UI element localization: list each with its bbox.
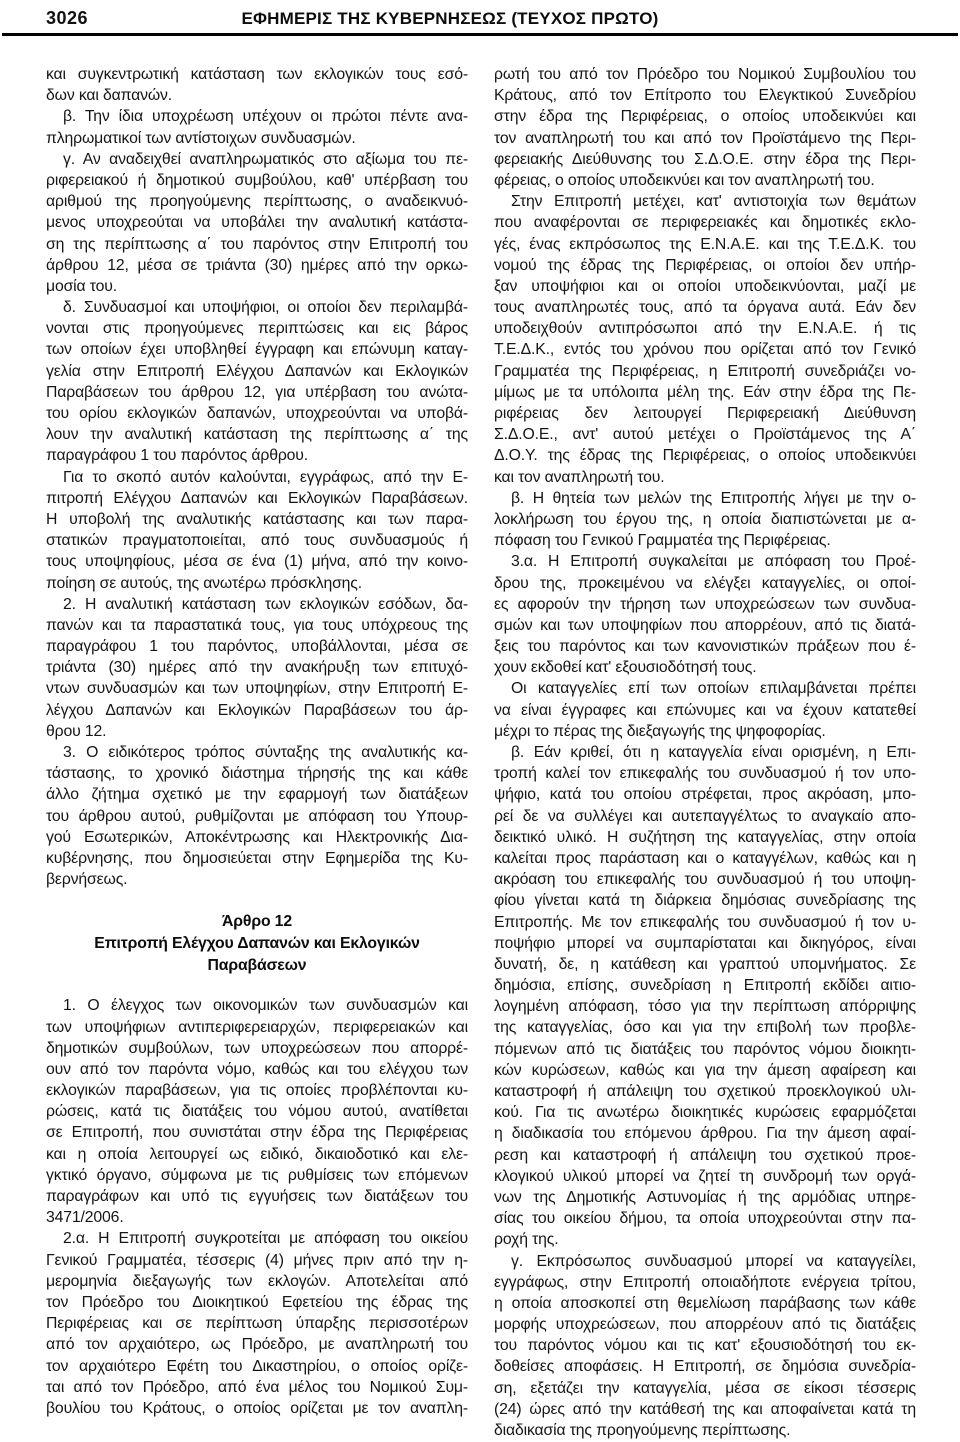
text-line: παραγράφου 1 του παρόντος, υποβάλλονται,… [46,636,468,657]
text-line: ξαν υποψήφιοι και οι οποίοι υποδεικνύοντ… [494,276,916,297]
text-line: λέγχου Δαπανών και Εκλογικών Παραβάσεων … [46,700,468,721]
text-line: η διαδικασία του επόμενου άρθρου. Για τη… [494,1123,916,1144]
heading-line: Επιτροπή Ελέγχου Δαπανών και Εκλογικών [46,933,468,955]
text-line: της καταγγελίας, όσο και για την επιβολή… [494,1017,916,1038]
text-line: δημόσια, επίσης, συνεδρίαση η Επιτροπή ε… [494,975,916,996]
text-line: 2. Η αναλυτική κατάσταση των εκλογικών ε… [46,594,468,615]
text-line: γελία στην Επιτροπή Ελέγχου Δαπανών και … [46,361,468,382]
text-line: β. Την ίδια υποχρέωση υπέχουν οι πρώτοι … [46,106,468,127]
text-line: δ. Συνδυασμοί και υποψήφιοι, οι οποίοι δ… [46,297,468,318]
text-line: Σ.Δ.Ο.Ε., αντ' αυτού μετέχει ο Προϊστάμε… [494,424,916,445]
text-line: ση της περίπτωσης α΄ του παρόντος στην Ε… [46,234,468,255]
text-line: εκλογικών παραβάσεων, για τις οποίες προ… [46,1080,468,1101]
text-line: ουν από τον παρόντα νόμο, καθώς και του … [46,1059,468,1080]
text-line: σμών και των υποψηφίων που απορρέουν, απ… [494,615,916,636]
text-line: στατικών πραγματοποιείται, από τους συνδ… [46,530,468,551]
text-line: γκτικό όργανο, σύμφωνα με τις ρυθμίσεις … [46,1165,468,1186]
text-line: τον αρχαιότερο Εφέτη του Δικαστηρίου, ο … [46,1356,468,1377]
text-line: τον Πρόεδρο του Διοικητικού Εφετείου της… [46,1292,468,1313]
text-line: εγγράφως, στην Επιτροπή οποιαδήποτε ενέρ… [494,1272,916,1293]
paragraph: β. Εάν κριθεί, ότι η καταγγελία είναι ορ… [494,742,916,1251]
text-line: του ορίου εκλογικών δαπανών, υποχρεούντα… [46,403,468,424]
paragraph: γ. Αν αναδειχθεί αναπληρωματικός στο αξί… [46,149,468,297]
text-line: πανών και τα παραστατικά τους, για τους … [46,615,468,636]
text-line: νονται στις προηγούμενες περιπτώσεις και… [46,318,468,339]
text-line: ρώσεις, κατά τις διατάξεις του νόμου αυτ… [46,1101,468,1122]
text-line: σίας του οικείου δήμου, τα οποία υποχρεο… [494,1208,916,1229]
text-line: και η οποία λειτουργεί ως ειδικό, δικαιο… [46,1144,468,1165]
paragraph: β. Την ίδια υποχρέωση υπέχουν οι πρώτοι … [46,106,468,148]
text-line: του παρόντος νόμου και τις κατ' εξουσιοδ… [494,1335,916,1356]
text-line: και συγκεντρωτική κατάσταση των εκλογικώ… [46,64,468,85]
text-line: μερομηνία διεξαγωγής των εκλογών. Αποτελ… [46,1271,468,1292]
text-line: κού. Για τις ανωτέρω διοικητικές κυρώσει… [494,1102,916,1123]
text-line: των υποψήφιων αντιπεριφερειαρχών, περιφε… [46,1017,468,1038]
text-line: 1. Ο έλεγχος των οικονομικών των συνδυασ… [46,995,468,1016]
text-line: νων της Δημοτικής Αστυνομίας ή της αρμόδ… [494,1187,916,1208]
gazette-title: ΕΦΗΜΕΡΙΣ ΤΗΣ ΚΥΒΕΡΝΗΣΕΩΣ (ΤΕΥΧΟΣ ΠΡΩΤΟ) [0,9,900,29]
text-line: δων και δαπανών. [46,85,468,106]
text-line: τον αναπληρωτή του και από τον Προϊστάμε… [494,128,916,149]
text-line: μενος υποχρεούται να υποβάλει την αναλυτ… [46,212,468,233]
text-line: μέχρι το πέρας της διεξαγωγής της ψηφοφο… [494,721,916,742]
text-line: λογημένη απόφαση, τόσο για την περίπτωση… [494,996,916,1017]
text-columns: και συγκεντρωτική κατάσταση των εκλογικώ… [46,64,916,1441]
text-line: ση, εξετάζει την καταγγελία, μέσα σε είκ… [494,1378,916,1399]
heading-line: Άρθρο 12 [46,911,468,933]
text-line: Παραβάσεων του άρθρου 12, για υπέρβαση τ… [46,382,468,403]
paragraph: ρωτή του από τον Πρόεδρο του Νομικού Συμ… [494,64,916,191]
paragraph: δ. Συνδυασμοί και υποψήφιοι, οι οποίοι δ… [46,297,468,467]
text-line: λουν την αναλυτική κατάσταση της περίπτω… [46,424,468,445]
text-line: ξεις του παρόντος και των κανονιστικών π… [494,636,916,657]
text-line: από τον αρχαιότερο, ως Πρόεδρο, με αναπλ… [46,1334,468,1355]
paragraph: Στην Επιτροπή μετέχει, κατ' αντιστοιχία … [494,191,916,488]
text-line: η οποία αποσκοπεί στη θεμελίωση παράβαση… [494,1293,916,1314]
header-rule [2,33,958,36]
text-line: θρου 12. [46,721,468,742]
text-line: Οι καταγγελίες επί των οποίων επιλαμβάνε… [494,678,916,699]
paragraph: β. Η θητεία των μελών της Επιτροπής λήγε… [494,488,916,552]
text-line: γ. Αν αναδειχθεί αναπληρωματικός στο αξί… [46,149,468,170]
text-line: κυβέρνησης, που δημοσιεύεται στην Εφημερ… [46,848,468,869]
text-line: μίμως με τα υπόλοιπα μέλη της. Εάν στην … [494,382,916,403]
text-line: αριθμού της προηγούμενης περίπτωσης, ο α… [46,191,468,212]
text-line: ρεση και καταστροφή ή απάλειψη του σχετι… [494,1145,916,1166]
article-heading: Άρθρο 12Επιτροπή Ελέγχου Δαπανών και Εκλ… [46,911,468,977]
text-line: ται από τον Πρόεδρο, από ένα μέλος του Ν… [46,1377,468,1398]
text-line: παραγράφου 1 του παρόντος άρθρου. [46,445,468,466]
text-line: τους αναπληρωτές τους, από τα όργανα αυτ… [494,297,916,318]
text-line: μορφής υποχρεώσεων, που απορρέουν από τι… [494,1314,916,1335]
paragraph: και συγκεντρωτική κατάσταση των εκλογικώ… [46,64,468,106]
text-line: υποδειχθούν αντιπρόσωποι από την Ε.Ν.Α.Ε… [494,318,916,339]
text-line: 2.α. Η Επιτροπή συγκροτείται με απόφαση … [46,1228,468,1249]
text-line: των οποίων έχει υποβληθεί έγγραφη και επ… [46,339,468,360]
text-line: Δ.Ο.Υ. της έδρας της Περιφέρειας, ο οποί… [494,445,916,466]
text-line: φερειακής Διεύθυνσης του Σ.Δ.Ο.Ε. στην έ… [494,149,916,170]
text-line: 3.α. Η Επιτροπή συγκαλείται με απόφαση τ… [494,551,916,572]
text-line: και τον αναπληρωτή του. [494,467,916,488]
text-line: βερνήσεως. [46,869,468,890]
text-line: ριφερειακού ή δημοτικού συμβούλου, καθ' … [46,170,468,191]
text-line: πόμενων από τις διατάξεις του παρόντος ν… [494,1039,916,1060]
text-line: παραγράφων και υπό τις εγγυήσεις των δια… [46,1186,468,1207]
text-line: β. Η θητεία των μελών της Επιτροπής λήγε… [494,488,916,509]
paragraph: Για το σκοπό αυτόν καλούνται, εγγράφως, … [46,467,468,594]
text-line: νομού της έδρας της Περιφέρειας, οι οποί… [494,255,916,276]
paragraph: γ. Εκπρόσωπος συνδυασμού μπορεί να καταγ… [494,1251,916,1442]
text-line: Για το σκοπό αυτόν καλούνται, εγγράφως, … [46,467,468,488]
heading-line: Παραβάσεων [46,955,468,977]
text-line: πληρωματικοί των αντίστοιχων συνδυασμών. [46,128,468,149]
text-line: β. Εάν κριθεί, ότι η καταγγελία είναι ορ… [494,742,916,763]
text-line: Η υποβολή της αναλυτικής κατάστασης και … [46,509,468,530]
paragraph: 3. Ο ειδικότερος τρόπος σύνταξης της ανα… [46,742,468,890]
text-line: στην έδρα της Περιφέρειας, ο οποίος υποδ… [494,106,916,127]
text-line: που αναφέρονται σε περιφερειακές και δημ… [494,212,916,233]
left-column: και συγκεντρωτική κατάσταση των εκλογικώ… [46,64,468,1441]
text-line: ντων συνδυασμών και των υποψηφίων, στην … [46,678,468,699]
paragraph: 1. Ο έλεγχος των οικονομικών των συνδυασ… [46,995,468,1228]
text-line: λοκλήρωση του έργου της, η οποία διαπιστ… [494,509,916,530]
text-line: τροπή καλεί τον επικεφαλής του συνδυασμο… [494,763,916,784]
right-column: ρωτή του από τον Πρόεδρο του Νομικού Συμ… [494,64,916,1441]
text-line: διαδικασία της προηγούμενης περίπτωσης. [494,1420,916,1441]
text-line: δυνατή, δε, η κατάθεση και γραπτού υπομν… [494,954,916,975]
paragraph: 2. Η αναλυτική κατάσταση των εκλογικών ε… [46,594,468,742]
text-line: (24) ώρες από την κατάθεσή της και αποφα… [494,1399,916,1420]
text-line: Στην Επιτροπή μετέχει, κατ' αντιστοιχία … [494,191,916,212]
text-line: ποίηση σε αυτούς, της ανωτέρω πρόσκλησης… [46,573,468,594]
text-line: 3. Ο ειδικότερος τρόπος σύνταξης της ανα… [46,742,468,763]
text-line: φίου γίνεται κατά τη διάρκεια δημόσιας σ… [494,890,916,911]
text-line: του άρθρου αυτού, ρυθμίζονται με απόφαση… [46,806,468,827]
text-line: Περιφέρειας και σε περίπτωση ύπαρξης περ… [46,1313,468,1334]
text-line: ρωτή του από τον Πρόεδρο του Νομικού Συμ… [494,64,916,85]
text-line: δεικτικό υλικό. Η συζήτηση της καταγγελί… [494,827,916,848]
text-line: τάστασης, το χρονικό διάστημα τήρησής τη… [46,763,468,784]
text-line: να είναι έγγραφες και επώνυμες και να έχ… [494,700,916,721]
text-line: καλείται προς παράσταση και ο καταγγέλων… [494,848,916,869]
text-line: ποψήφιο μπορεί να συμπαρίσταται και δικη… [494,933,916,954]
paragraph: 2.α. Η Επιτροπή συγκροτείται με απόφαση … [46,1228,468,1419]
text-line: Κράτους, από τον Επίτροπο του Ελεγκτικού… [494,85,916,106]
text-line: ροχή της. [494,1229,916,1250]
text-line: Επιτροπής. Με τον επικεφαλής του συνδυασ… [494,912,916,933]
text-line: χουν εκδοθεί κατ' εξουσιοδότησή τους. [494,657,916,678]
text-line: Γραμματέα της Περιφέρειας, η Επιτροπή συ… [494,361,916,382]
text-line: ψήφιο, κατά του οποίου στρέφεται, προς α… [494,784,916,805]
paragraph: Οι καταγγελίες επί των οποίων επιλαμβάνε… [494,678,916,742]
text-line: βουλίου του Κράτους, ο οποίος ορίζεται μ… [46,1398,468,1419]
text-line: κλογικού υλικού μπορεί να ζητεί τη συνδρ… [494,1166,916,1187]
text-line: ακρόαση του επικεφαλής του συνδυασμού ή … [494,869,916,890]
text-line: ρεί δε να συλλέγει και αυτεπαγγέλτως το … [494,806,916,827]
text-line: καταστροφή ή απάλειψη του σχετικού προεκ… [494,1081,916,1102]
text-line: φέρειας, ο οποίος υποδεικνύει και τον αν… [494,170,916,191]
text-line: ες αφορούν την τήρηση των υποχρεώσεων τω… [494,594,916,615]
text-line: γές, ένας εκπρόσωπος της Ε.Ν.Α.Ε. και τη… [494,234,916,255]
page-header: 3026 ΕΦΗΜΕΡΙΣ ΤΗΣ ΚΥΒΕΡΝΗΣΕΩΣ (ΤΕΥΧΟΣ ΠΡ… [0,6,960,34]
text-line: πόφαση του Γενικού Γραμματέα της Περιφέρ… [494,530,916,551]
text-line: τριάντα (30) ημέρες από την ανακήρυξη τω… [46,657,468,678]
text-line: πιτροπή Ελέγχου Δαπανών και Εκλογικών Πα… [46,488,468,509]
text-line: άλλο ζήτημα σχετικό με την εφαρμογή των … [46,784,468,805]
text-line: σε Επιτροπή, που συνιστάται στην έδρα τη… [46,1122,468,1143]
text-line: γ. Εκπρόσωπος συνδυασμού μπορεί να καταγ… [494,1251,916,1272]
gazette-page: 3026 ΕΦΗΜΕΡΙΣ ΤΗΣ ΚΥΒΕΡΝΗΣΕΩΣ (ΤΕΥΧΟΣ ΠΡ… [0,0,960,1442]
text-line: 3471/2006. [46,1207,468,1228]
text-line: ριφέρειας δεν λειτουργεί Περιφερειακή Δι… [494,403,916,424]
text-line: μοσία του. [46,276,468,297]
text-line: άρθρου 12, μέσα σε τριάντα (30) ημέρες α… [46,255,468,276]
text-line: Γενικού Γραμματέα, τέσσερις (4) μήνες πρ… [46,1250,468,1271]
text-line: κών κυρώσεων, καθώς και για την άμεση αφ… [494,1060,916,1081]
text-line: Τ.Ε.Δ.Κ., εντός του χρόνου που ορίζεται … [494,339,916,360]
text-line: τους υποψηφίους, μέσα σε ένα (1) μήνα, α… [46,551,468,572]
paragraph: 3.α. Η Επιτροπή συγκαλείται με απόφαση τ… [494,551,916,678]
text-line: δοθείσες αποφάσεις. Η Επιτροπή, σε δημόσ… [494,1356,916,1377]
text-line: δημοτικών συμβούλων, των υποχρεώσεων που… [46,1038,468,1059]
text-line: γού Εσωτερικών, Αποκέντρωσης και Ηλεκτρο… [46,827,468,848]
text-line: δρου της, προκειμένου να ελέγξει καταγγε… [494,573,916,594]
